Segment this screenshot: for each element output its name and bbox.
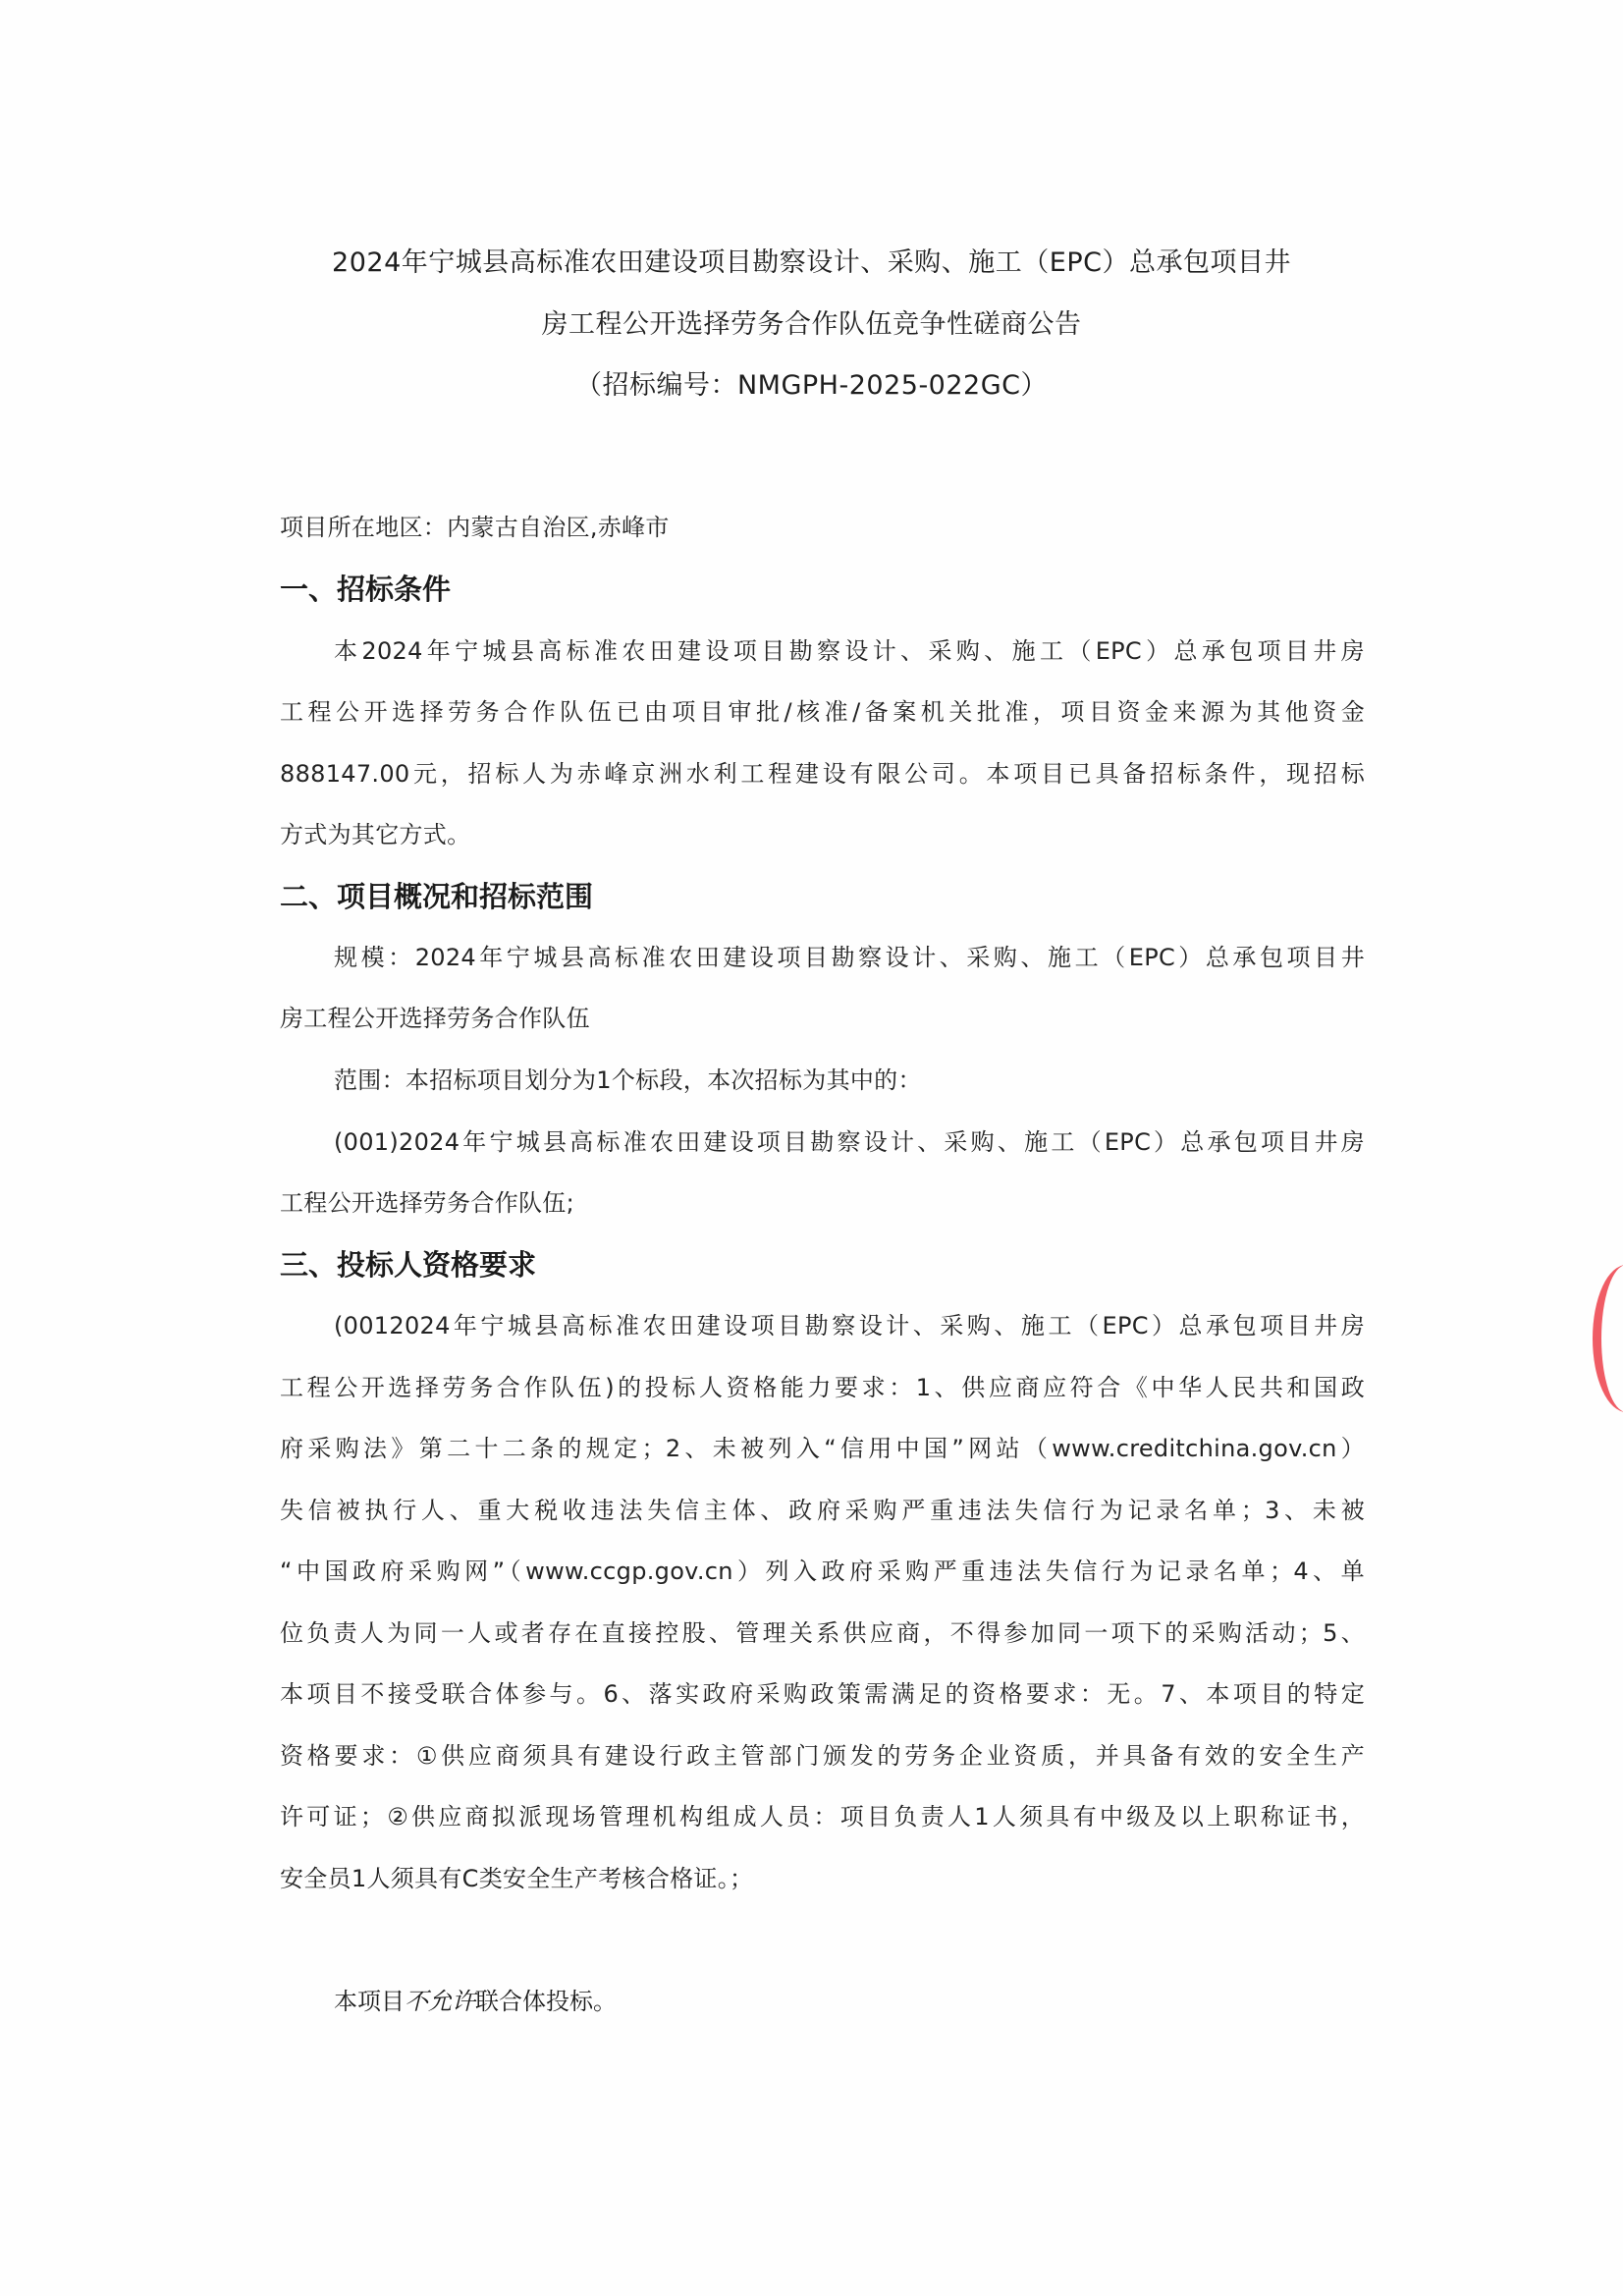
section-2-heading: 二、项目概况和招标范围 bbox=[280, 875, 593, 918]
section-3-line: 本项目不接受联合体参与。6、落实政府采购政策需满足的资格要求：无。7、本项目的特… bbox=[280, 1674, 1365, 1714]
section-1-heading: 一、招标条件 bbox=[280, 568, 451, 611]
section-3-line: 位负责人为同一人或者存在直接控股、管理关系供应商，不得参加同一项下的采购活动；5… bbox=[280, 1613, 1365, 1653]
title-line-2: 房工程公开选择劳务合作队伍竞争性磋商公告 bbox=[0, 305, 1623, 345]
red-seal-stamp-icon bbox=[1593, 1265, 1623, 1412]
section-3-line: 工程公开选择劳务合作队伍)的投标人资格能力要求：1、供应商应符合《中华人民共和国… bbox=[280, 1368, 1365, 1407]
section-2-scope: 范围：本招标项目划分为1个标段，本次招标为其中的： bbox=[334, 1061, 1365, 1100]
bid-number: （招标编号：NMGPH-2025-022GC） bbox=[0, 366, 1623, 406]
section-2-line: 房工程公开选择劳务合作队伍 bbox=[280, 999, 1365, 1038]
project-region: 项目所在地区：内蒙古自治区,赤峰市 bbox=[280, 508, 1365, 547]
note-prefix: 本项目 bbox=[334, 1988, 405, 2015]
section-1-line: 工程公开选择劳务合作队伍已由项目审批/核准/备案机关批准，项目资金来源为其他资金 bbox=[280, 692, 1365, 732]
section-3-heading: 三、投标人资格要求 bbox=[280, 1243, 536, 1286]
section-1-line: 本2024年宁城县高标准农田建设项目勘察设计、采购、施工（EPC）总承包项目井房 bbox=[334, 631, 1365, 671]
section-3-line: “中国政府采购网”（www.ccgp.gov.cn）列入政府采购严重违法失信行为… bbox=[280, 1552, 1365, 1591]
section-2-line: 规模：2024年宁城县高标准农田建设项目勘察设计、采购、施工（EPC）总承包项目… bbox=[334, 938, 1365, 977]
note-emphasis: 不允许 bbox=[405, 1988, 475, 2015]
section-3-line: 府采购法》第二十二条的规定；2、未被列入“信用中国”网站（www.creditc… bbox=[280, 1429, 1365, 1468]
section-3-line: (0012024年宁城县高标准农田建设项目勘察设计、采购、施工（EPC）总承包项… bbox=[334, 1306, 1365, 1345]
section-1-line: 888147.00元，招标人为赤峰京洲水利工程建设有限公司。本项目已具备招标条件… bbox=[280, 754, 1365, 793]
consortium-note: 本项目不允许联合体投标。 bbox=[334, 1982, 617, 2021]
section-2-line: 工程公开选择劳务合作队伍; bbox=[280, 1183, 1365, 1223]
document-page: 2024年宁城县高标准农田建设项目勘察设计、采购、施工（EPC）总承包项目井 房… bbox=[0, 0, 1623, 2296]
section-3-line: 安全员1人须具有C类安全生产考核合格证。； bbox=[280, 1859, 1365, 1898]
title-line-1: 2024年宁城县高标准农田建设项目勘察设计、采购、施工（EPC）总承包项目井 bbox=[0, 244, 1623, 283]
section-3-line: 许可证；②供应商拟派现场管理机构组成人员：项目负责人1人须具有中级及以上职称证书… bbox=[280, 1797, 1365, 1836]
section-2-line: (001)2024年宁城县高标准农田建设项目勘察设计、采购、施工（EPC）总承包… bbox=[334, 1122, 1365, 1162]
section-3-line: 失信被执行人、重大税收违法失信主体、政府采购严重违法失信行为记录名单；3、未被 bbox=[280, 1491, 1365, 1530]
section-1-line: 方式为其它方式。 bbox=[280, 815, 1365, 854]
section-3-line: 资格要求：①供应商须具有建设行政主管部门颁发的劳务企业资质，并具备有效的安全生产 bbox=[280, 1736, 1365, 1776]
note-suffix: 联合体投标。 bbox=[475, 1988, 617, 2015]
